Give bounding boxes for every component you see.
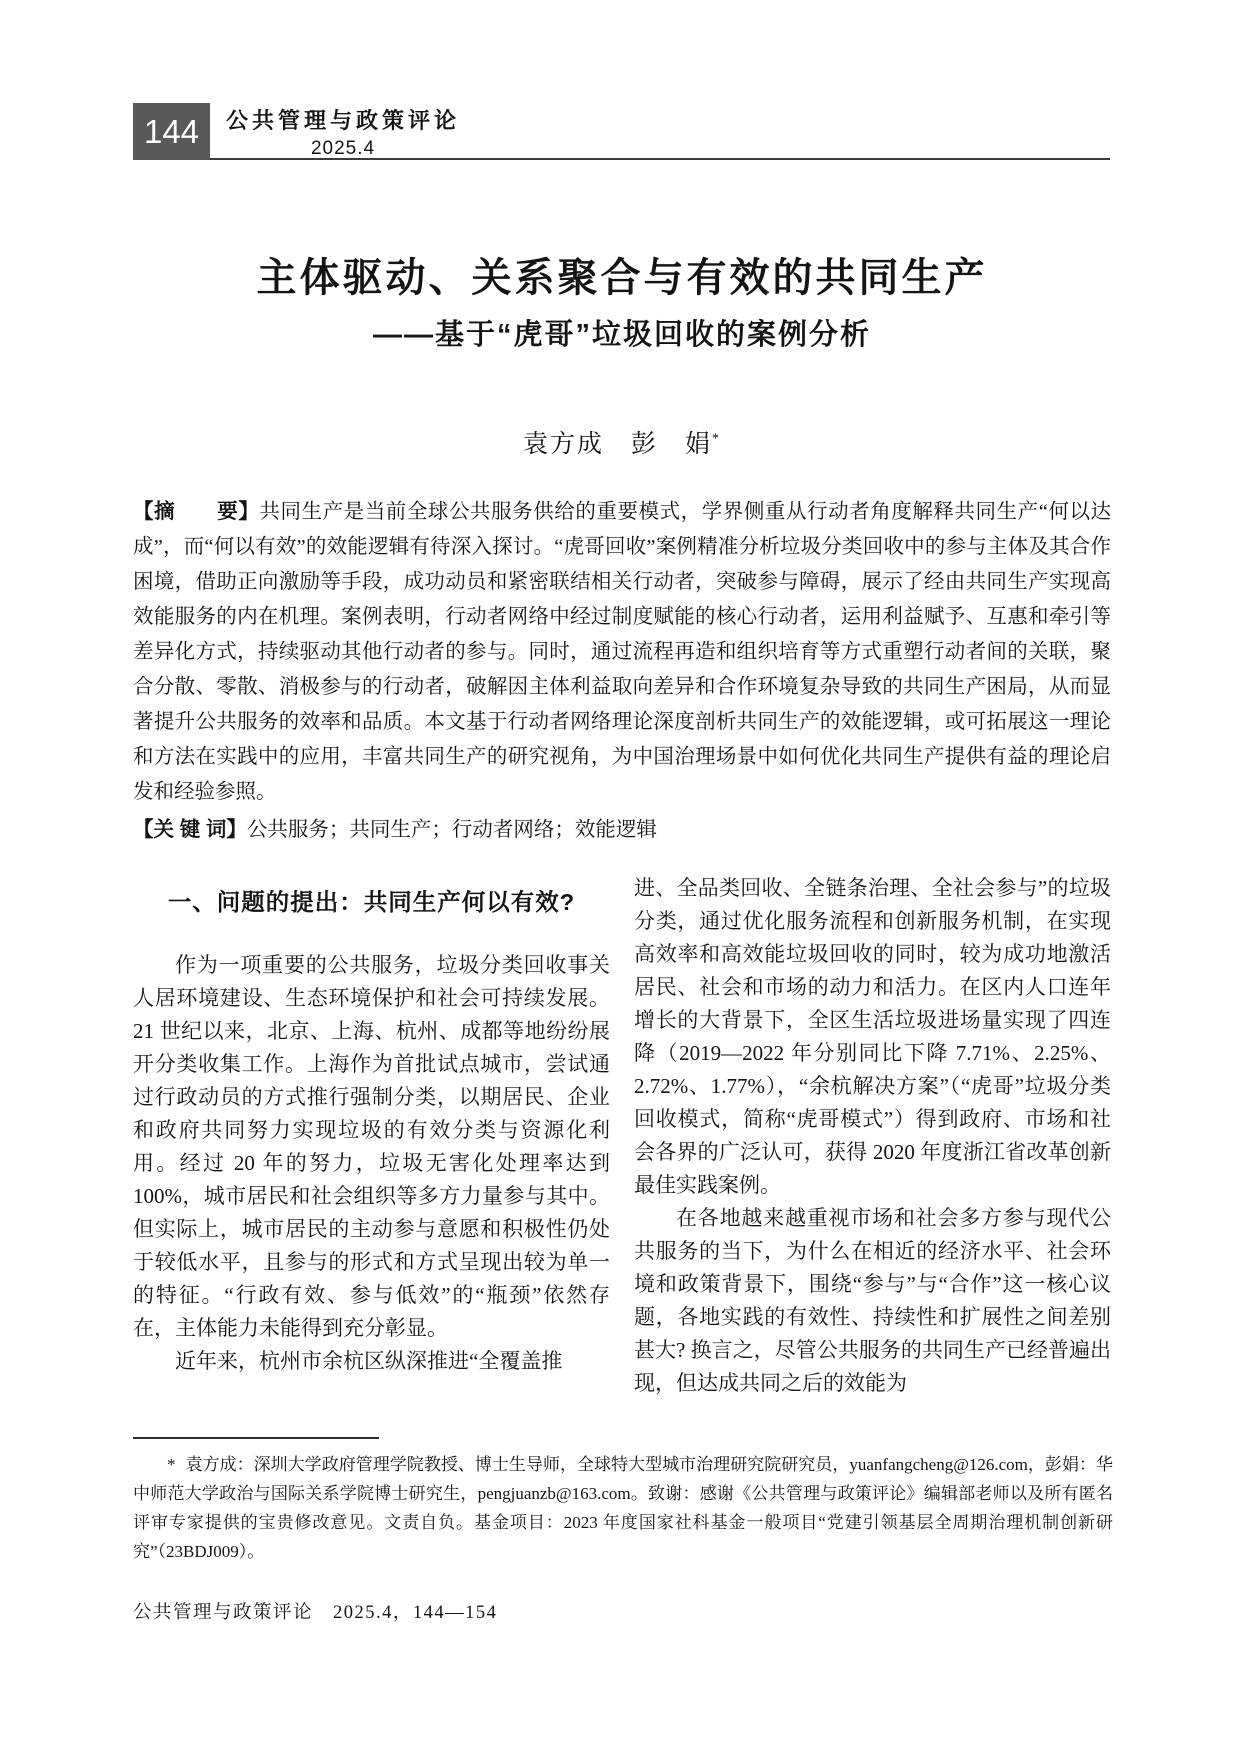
right-column: 进、全品类回收、全链条治理、全社会参与”的垃圾分类，通过优化服务流程和创新服务机… [634,872,1111,1400]
author-note-mark: * [712,432,721,447]
authors-line: 袁方成 彭 娟* [133,424,1111,460]
body-columns: 一、问题的提出：共同生产何以有效? 作为一项重要的公共服务，垃圾分类回收事关人居… [133,872,1111,1400]
footnote-rule [133,1437,379,1439]
abstract-label: 【摘 要】 [133,500,259,523]
footer-citation: 公共管理与政策评论 2025.4，144—154 [133,1598,497,1624]
paragraph: 近年来，杭州市余杭区纵深推进“全覆盖推 [133,1345,610,1378]
author-names: 袁方成 彭 娟 [523,431,712,458]
footnote-text: 袁方成：深圳大学政府管理学院教授、博士生导师，全球特大型城市治理研究院研究员，y… [133,1455,1113,1561]
left-column: 一、问题的提出：共同生产何以有效? 作为一项重要的公共服务，垃圾分类回收事关人居… [133,872,610,1400]
footnote-mark: * [167,1455,176,1474]
header-rule [210,158,1110,160]
paragraph: 进、全品类回收、全链条治理、全社会参与”的垃圾分类，通过优化服务流程和创新服务机… [634,872,1111,1202]
abstract: 【摘 要】共同生产是当前全球公共服务供给的重要模式，学界侧重从行动者角度解释共同… [133,494,1111,810]
section-heading: 一、问题的提出：共同生产何以有效? [133,886,610,919]
footnote: *袁方成：深圳大学政府管理学院教授、博士生导师，全球特大型城市治理研究院研究员，… [133,1450,1113,1566]
journal-issue: 2025.4 [226,138,460,160]
keywords: 【关 键 词】公共服务；共同生产；行动者网络；效能逻辑 [133,812,1111,848]
article-title: 主体驱动、关系聚合与有效的共同生产 [133,246,1111,303]
page-number-box: 144 [133,103,210,160]
keywords-label: 【关 键 词】 [133,818,247,841]
abstract-text: 共同生产是当前全球公共服务供给的重要模式，学界侧重从行动者角度解释共同生产“何以… [133,501,1111,803]
journal-header: 公共管理与政策评论 2025.4 [226,104,460,160]
article-subtitle: ——基于“虎哥”垃圾回收的案例分析 [133,312,1111,353]
page-number: 144 [144,113,199,151]
paragraph: 作为一项重要的公共服务，垃圾分类回收事关人居环境建设、生态环境保护和社会可持续发… [133,949,610,1345]
keywords-text: 公共服务；共同生产；行动者网络；效能逻辑 [247,819,657,841]
paragraph: 在各地越来越重视市场和社会多方参与现代公共服务的当下，为什么在相近的经济水平、社… [634,1202,1111,1400]
journal-name: 公共管理与政策评论 [226,104,460,135]
